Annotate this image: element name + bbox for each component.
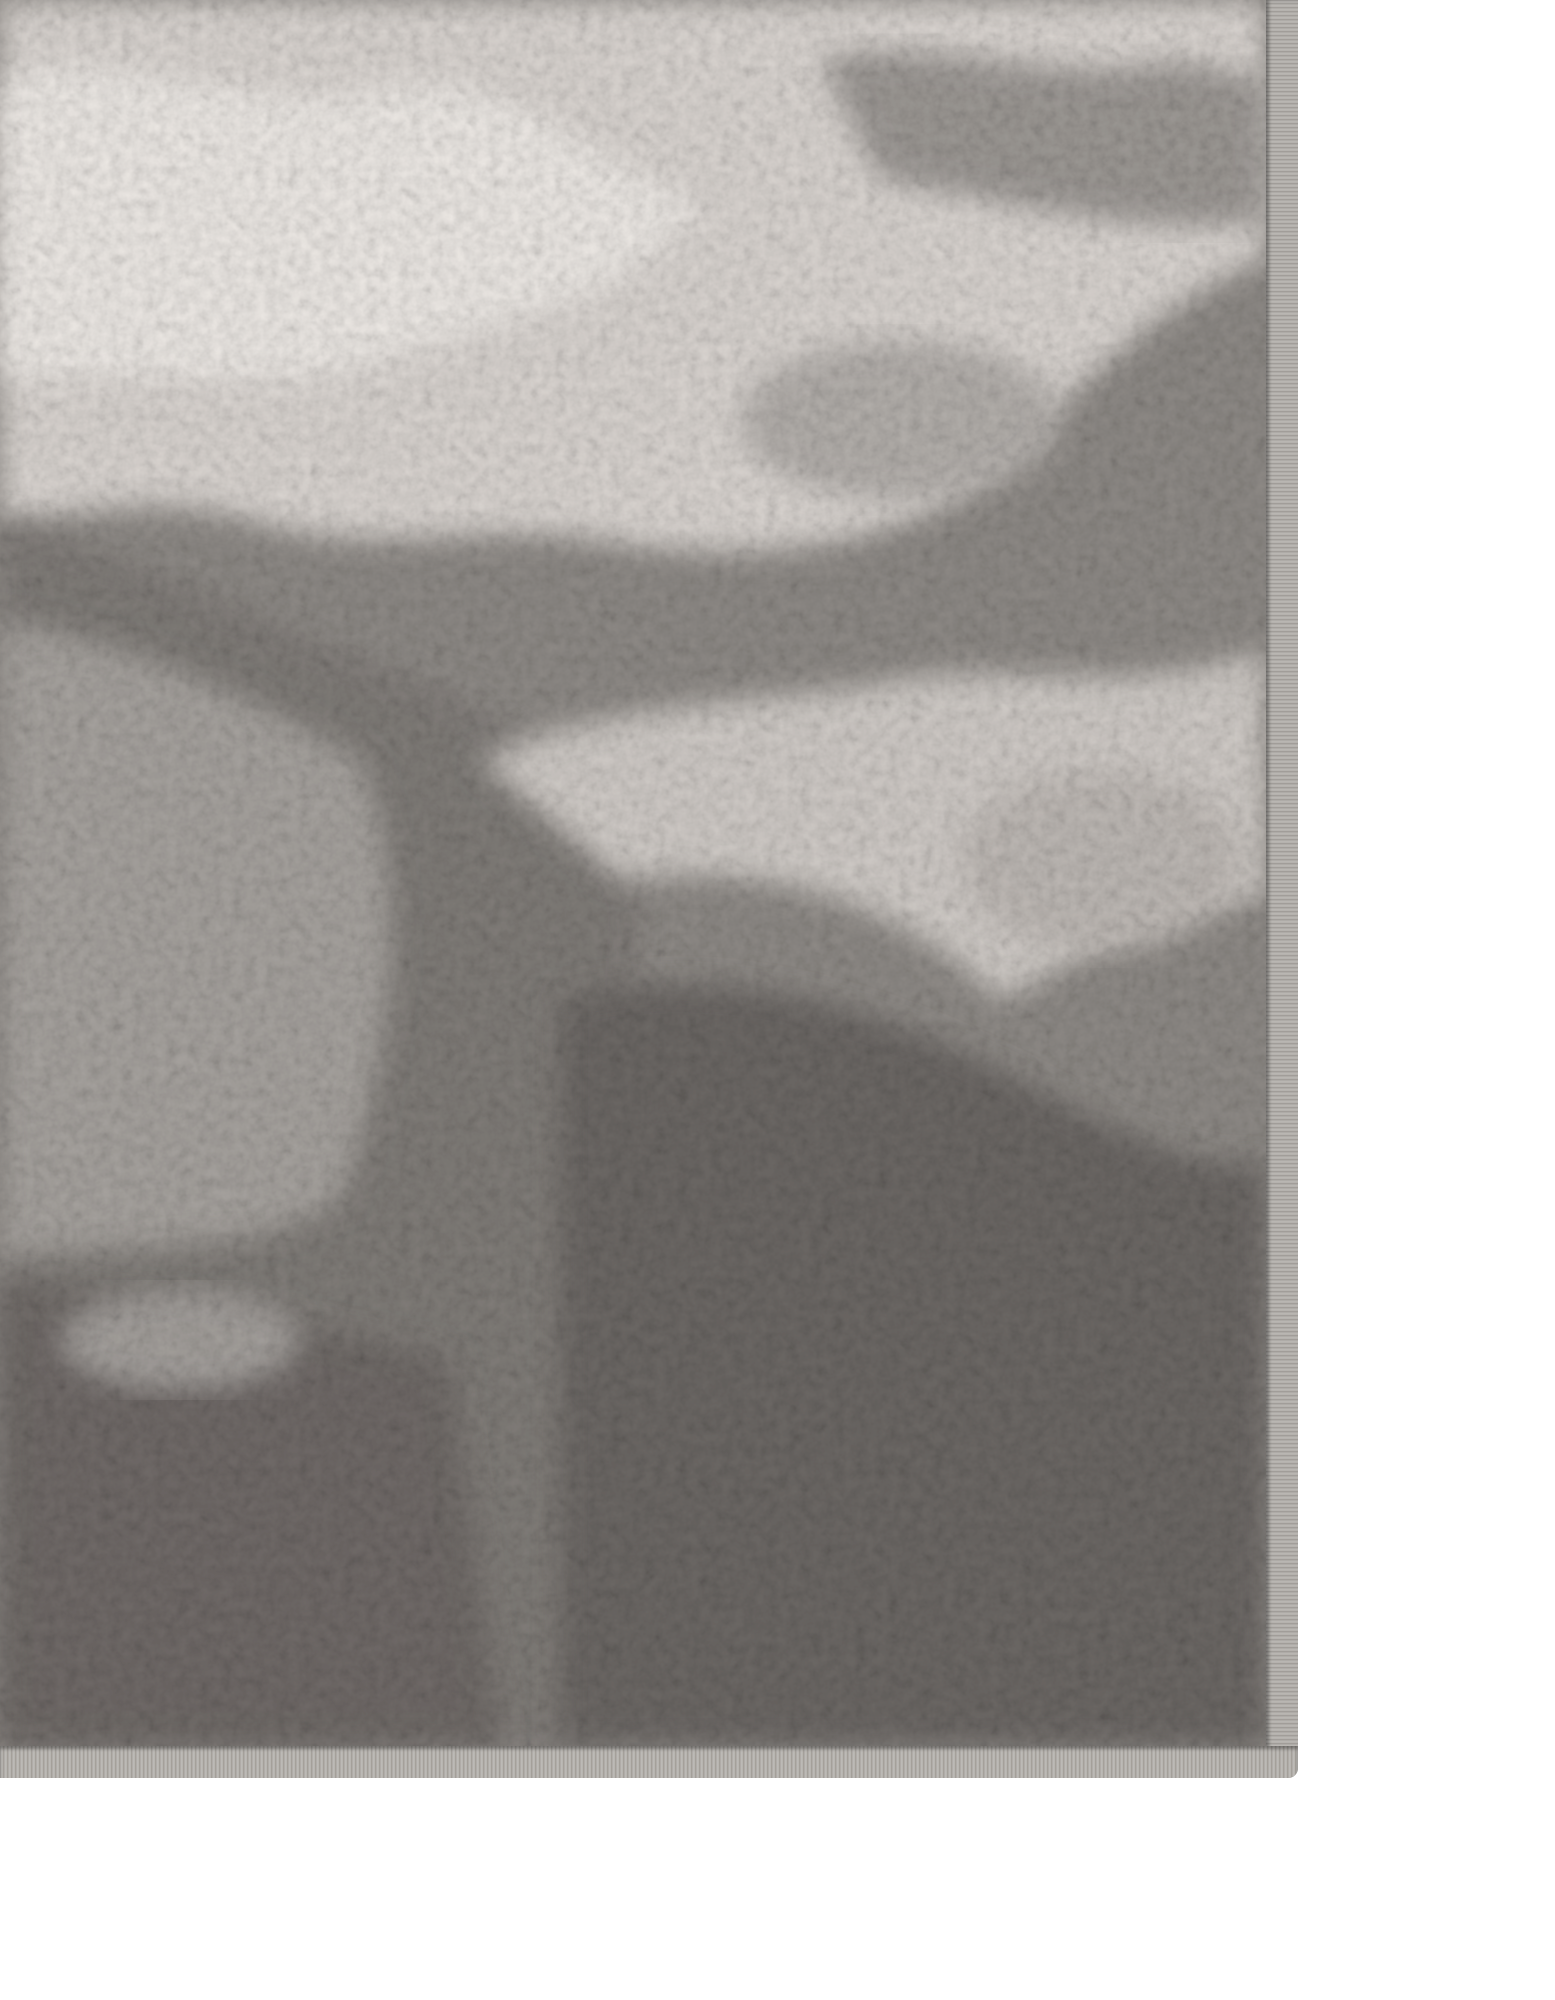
rug-binding-right-edge	[1266, 0, 1298, 1778]
rug-binding-bottom-edge	[0, 1746, 1298, 1778]
product-photo	[0, 0, 1555, 2000]
rug-corner	[0, 0, 1298, 1778]
rug-pile-pattern	[0, 0, 1266, 1746]
